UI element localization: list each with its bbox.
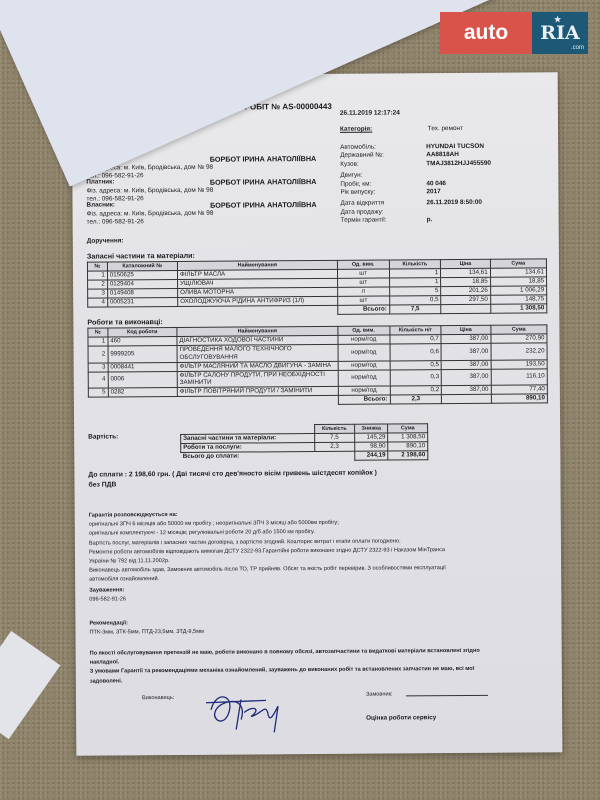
table-cell: 2 (88, 280, 108, 289)
party-name: БОРБОТ ІРИНА АНАТОЛІЇВНА (210, 200, 317, 210)
car-info-key: Термін гарантії: (341, 216, 427, 225)
car-info-value: AA8818AH (426, 151, 459, 160)
table-cell: 0150625 (107, 270, 177, 279)
table-cell: 7,5 (314, 433, 355, 442)
table-cell: 890,10 (388, 442, 428, 451)
table-cell: л (337, 287, 389, 296)
table-cell: 2 (88, 346, 108, 363)
party-name: БОРБОТ ІРИНА АНАТОЛІЇВНА (210, 177, 317, 187)
to-pay-text: До сплати : 2 198,60 грн. ( Дві тисячі с… (88, 470, 377, 480)
table-cell: шт (338, 296, 390, 305)
parts-section-title: Запасні частини та матеріали: (87, 251, 195, 261)
table-cell: 0,5 (389, 296, 441, 305)
table-cell: 0,6 (390, 344, 442, 361)
car-info-value: 40 046 (426, 180, 446, 189)
table-cell: шт (337, 278, 389, 287)
table-cell: 145,29 (355, 433, 388, 442)
table-cell: 148,75 (490, 295, 546, 304)
table-cell: 460 (108, 336, 177, 345)
table-cell: 387,00 (442, 385, 491, 394)
column-header: Од. вим. (338, 326, 390, 335)
table-cell: 0,3 (390, 369, 442, 386)
table-cell: 116,10 (491, 368, 547, 385)
column-header: Кількість н/г (389, 326, 441, 335)
column-header: Знижка (355, 424, 388, 433)
car-info-value: р. (427, 216, 433, 224)
work-order-document: …АНИХ РОБІТ № AS-00000443 26.11.2019 12:… (72, 72, 563, 755)
total-qty: 2,3 (390, 395, 442, 404)
party-2: Власник: БОРБОТ ІРИНА АНАТОЛІЇВНА Фіз. а… (87, 200, 337, 227)
table-cell: 18,85 (490, 277, 546, 286)
customer-signature-label: Замовник: (366, 691, 393, 698)
table-cell: 3 (88, 289, 108, 298)
column-header: Сума (388, 424, 428, 433)
paper-corner (0, 631, 60, 739)
car-info-value: TMAJ3812HJJ455590 (426, 160, 491, 169)
table-cell: 387,00 (441, 334, 490, 343)
customer-signature-line (406, 695, 488, 697)
table-cell: 5 (389, 287, 441, 296)
vat-text: без ПДВ (88, 481, 116, 490)
table-cell: ПРОВЕДЕННЯ МАЛОГО ТЕХНІЧНОГО ОБСЛУГОВУВА… (177, 344, 338, 362)
table-total-row: Всього: 7,5 1 308,50 (88, 304, 547, 316)
table-cell: норм/год (338, 360, 390, 369)
logo-ria-text: RIA (540, 22, 579, 44)
service-rating-label: Оцінка роботи сервісу (366, 714, 436, 722)
column-header: Каталожний № (107, 261, 177, 270)
table-cell: ФІЛЬТР САЛОНУ ПРОДУТИ, ПРИ НЕОБХІДНОСТІ … (177, 370, 338, 388)
cost-label: Вартість: (88, 433, 118, 441)
works-table: №Код роботиНайменуванняОд. вим.Кількість… (87, 324, 548, 406)
table-cell: 0149408 (107, 288, 177, 297)
party-name: БОРБОТ ІРИНА АНАТОЛІЇВНА (210, 154, 317, 164)
table-cell: 1 (88, 337, 108, 346)
total-sum: 1 308,50 (490, 304, 546, 313)
table-cell: 270,90 (491, 334, 547, 343)
table-cell: шт (337, 269, 389, 278)
table-total-row: Всього до сплати: 244,19 2 198,60 (181, 451, 428, 462)
document-datetime: 26.11.2019 12:17:24 (340, 109, 400, 118)
table-cell: 0006 (108, 371, 177, 388)
table-cell: 18,85 (441, 277, 490, 286)
recommendations-block: Рекомендації: ПТК-3мм, ЗТК-5мм, ПТД-23,5… (89, 616, 549, 638)
table-cell: 0008441 (108, 362, 177, 371)
assignment-label: Доручення: (87, 237, 124, 245)
party-phone: тел.: 096-582-91-26 (87, 217, 337, 227)
car-info-row: Рік випуску:2017 (340, 187, 550, 197)
table-cell: 1 (389, 269, 441, 278)
table-cell: 1 (87, 271, 107, 280)
total-sum: 890,10 (491, 394, 547, 403)
recommendations-value: ПТК-3мм, ЗТК-5мм, ПТД-23,5мм, ЗТД-9,5мм (89, 626, 549, 638)
table-cell: 0282 (108, 387, 177, 396)
column-header: Од. вим. (337, 260, 389, 269)
table-cell: 1 006,29 (490, 286, 546, 295)
logo-auto: auto (440, 12, 532, 54)
car-info-value: 2017 (426, 188, 440, 196)
table-cell: 1 (389, 278, 441, 287)
category-row: Категорія: Тех. ремонт (340, 125, 463, 134)
total-label: Всього: (338, 305, 390, 314)
table-cell: 232,20 (491, 343, 547, 360)
table-cell: норм/год (338, 344, 390, 361)
cost-summary-table: КількістьЗнижкаСумаЗапасні частини та ма… (180, 423, 428, 462)
table-total-row: Всього: 2,3 890,10 (88, 394, 547, 406)
table-cell: 77,40 (491, 385, 547, 394)
car-info: Автомобіль:HYUNDAI TUCSONДержавний №:AA8… (340, 142, 551, 225)
logo-domain: .com (571, 45, 584, 51)
customer-statement: По якості обслуговування претензій не ма… (90, 646, 550, 686)
autoria-logo: auto ★ RIA .com (440, 12, 588, 54)
column-header: Сума (490, 259, 546, 268)
table-cell: норм/год (338, 335, 390, 344)
car-info-key: Кузов: (340, 160, 426, 169)
table-cell: 0,5 (390, 360, 442, 369)
car-info-row: Кузов:TMAJ3812HJJ455590 (340, 159, 550, 169)
parts-table: №Каталожний №НайменуванняОд. вим.Кількіс… (87, 258, 547, 316)
table-cell: 134,61 (490, 268, 546, 277)
total-qty: 7,5 (389, 305, 441, 314)
remarks-value: 096-582-91-26 (89, 593, 549, 605)
table-cell: 201,26 (441, 286, 490, 295)
column-header: Ціна (441, 259, 490, 268)
column-header: Код роботи (108, 327, 177, 336)
column-header: Кількість (389, 260, 441, 269)
table-cell: 387,00 (441, 360, 490, 369)
category-value: Тех. ремонт (428, 125, 463, 132)
logo-ria: ★ RIA .com (532, 12, 588, 54)
column-header: Ціна (441, 325, 490, 334)
table-cell: 4 (88, 371, 108, 388)
table-cell: 5 (88, 388, 108, 397)
remarks-block: Зауваження: 096-582-91-26 (89, 583, 549, 605)
total-label: Всього: (338, 395, 390, 404)
table-cell: норм/год (338, 386, 390, 395)
table-cell: 4 (88, 298, 108, 307)
star-icon: ★ (554, 14, 561, 24)
executor-label: Виконавець: (142, 695, 174, 702)
works-section-title: Роботи та виконавці: (87, 317, 162, 327)
table-cell: норм/год (338, 369, 390, 386)
table-cell: 297,50 (441, 295, 490, 304)
table-cell: 1 308,50 (388, 433, 428, 442)
party-label: Платник: (86, 178, 114, 187)
table-cell: 0,2 (390, 386, 442, 395)
car-info-value: HYUNDAI TUCSON (426, 143, 484, 152)
column-header: Кількість (314, 424, 355, 433)
total-sum: 2 198,60 (388, 451, 428, 460)
table-cell: 387,00 (442, 369, 491, 386)
party-label: Власник: (87, 201, 116, 210)
table-cell: 193,50 (491, 359, 547, 368)
total-discount: 244,19 (355, 451, 388, 460)
table-cell: 2,3 (314, 442, 355, 451)
table-cell: 0129404 (107, 279, 177, 288)
car-info-row: Термін гарантії:р. (341, 215, 551, 225)
table-cell: 98,90 (355, 442, 388, 451)
warranty-terms: Гарантія розповсюджується на:оригінальні… (89, 508, 550, 585)
column-header: № (87, 262, 107, 271)
table-cell: 3 (88, 362, 108, 371)
table-cell: 0005231 (107, 297, 177, 306)
car-info-value: 26.11.2019 8:50:00 (427, 199, 482, 208)
table-cell: 0,7 (389, 335, 441, 344)
table-cell: 9999205 (108, 345, 177, 362)
table-cell: 387,00 (441, 343, 490, 360)
column-header: Сума (491, 325, 547, 334)
car-info-key: Рік випуску: (340, 188, 426, 197)
table-cell: 134,61 (441, 268, 490, 277)
column-header: № (88, 328, 108, 337)
total-label: Всього до сплати: (181, 452, 315, 462)
executor-signature (206, 684, 306, 735)
category-label: Категорія: (340, 125, 426, 134)
